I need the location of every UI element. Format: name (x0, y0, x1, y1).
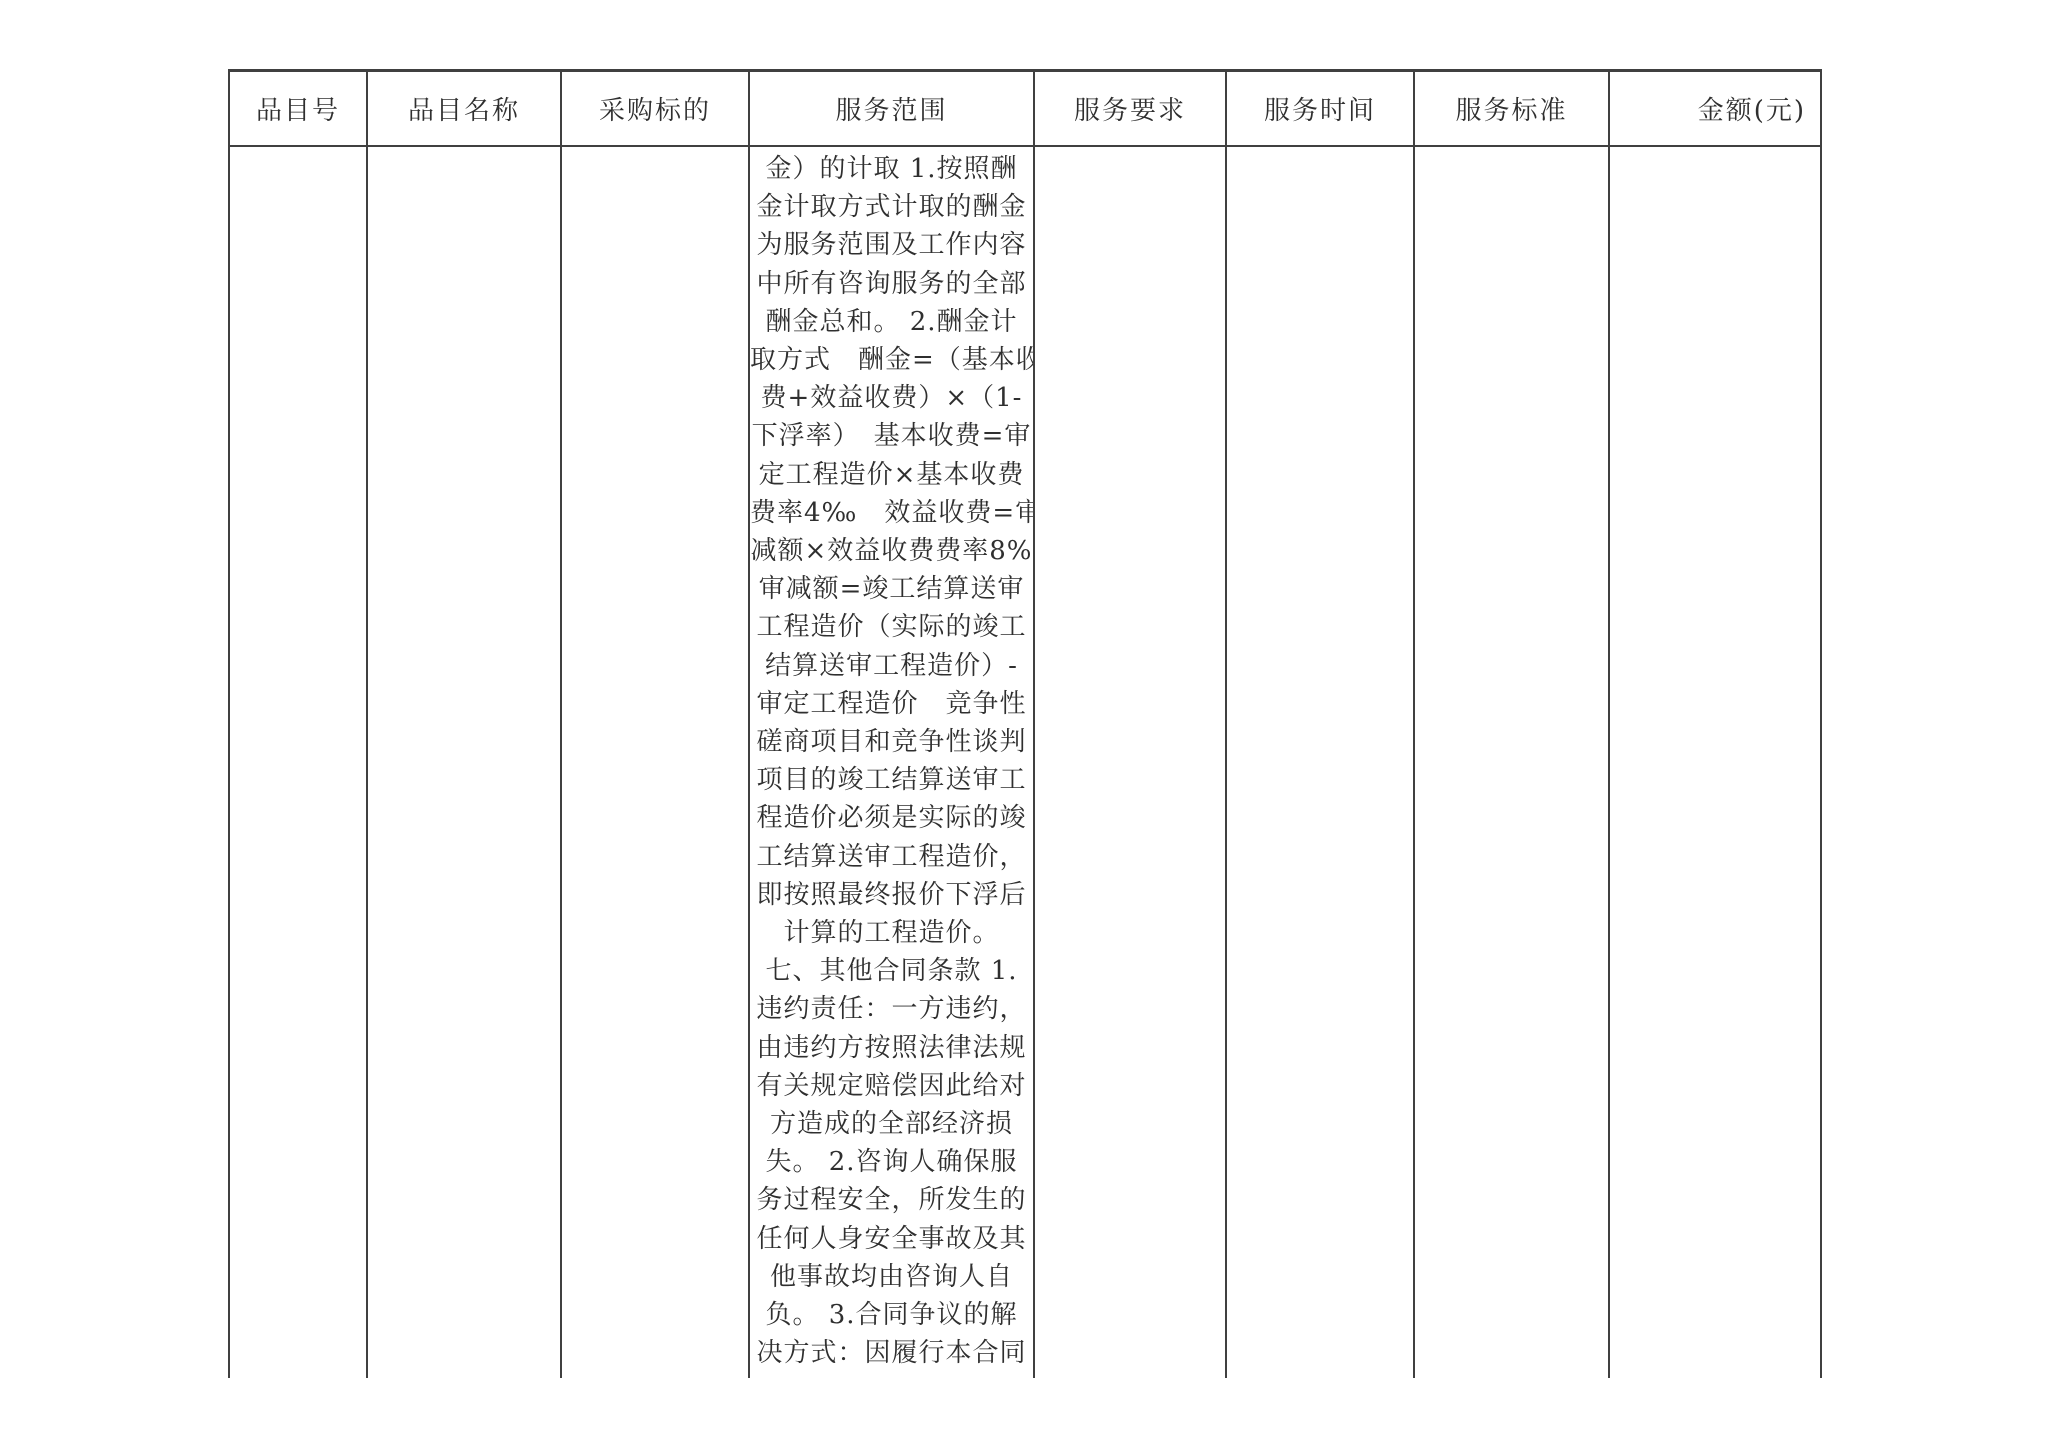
cell-service-requirements (1035, 147, 1227, 1378)
scope-line: 违约责任：一方违约， (750, 990, 1033, 1028)
scope-line: 金计取方式计取的酬金 (750, 188, 1033, 226)
scope-line: 费率4‰ 效益收费=审 (750, 494, 1033, 532)
header-item-no: 品目号 (228, 69, 368, 147)
scope-line: 务过程安全，所发生的 (750, 1181, 1033, 1219)
scope-line: 由违约方按照法律法规 (750, 1029, 1033, 1067)
scope-line: 中所有咨询服务的全部 (750, 265, 1033, 303)
header-service-standard: 服务标准 (1415, 69, 1610, 147)
scope-line: 决方式：因履行本合同 (750, 1334, 1033, 1372)
header-amount-yuan: 金额(元) (1610, 69, 1822, 147)
scope-line: 磋商项目和竞争性谈判 (750, 723, 1033, 761)
cell-item-name (368, 147, 562, 1378)
scope-line: 他事故均由咨询人自 (750, 1258, 1033, 1296)
header-service-requirements: 服务要求 (1035, 69, 1227, 147)
scope-line: 费+效益收费）×（1- (750, 379, 1033, 417)
header-service-time: 服务时间 (1227, 69, 1415, 147)
scope-line: 失。 2.咨询人确保服 (750, 1143, 1033, 1181)
scope-line: 工程造价（实际的竣工 (750, 608, 1033, 646)
scope-line: 审减额=竣工结算送审 (750, 570, 1033, 608)
scope-line: 工结算送审工程造价， (750, 838, 1033, 876)
cell-amount-yuan (1610, 147, 1822, 1378)
procurement-items-table: 品目号 品目名称 采购标的 服务范围 服务要求 服务时间 服务标准 金额(元) … (228, 69, 1822, 1378)
scope-line: 计算的工程造价。 (750, 914, 1033, 952)
scope-line: 程造价必须是实际的竣 (750, 799, 1033, 837)
cell-procurement-target (562, 147, 750, 1378)
scope-line: 下浮率） 基本收费=审 (750, 417, 1033, 455)
cell-service-standard (1415, 147, 1610, 1378)
scope-line: 定工程造价×基本收费 (750, 456, 1033, 494)
header-procurement-target: 采购标的 (562, 69, 750, 147)
scope-line: 为服务范围及工作内容 (750, 226, 1033, 264)
service-scope-text: 金）的计取 1.按照酬金计取方式计取的酬金为服务范围及工作内容中所有咨询服务的全… (750, 147, 1033, 1373)
cell-service-time (1227, 147, 1415, 1378)
cell-item-no (228, 147, 368, 1378)
cell-service-scope: 金）的计取 1.按照酬金计取方式计取的酬金为服务范围及工作内容中所有咨询服务的全… (750, 147, 1035, 1378)
scope-line: 金）的计取 1.按照酬 (750, 150, 1033, 188)
scope-line: 取方式 酬金=（基本收 (750, 341, 1033, 379)
scope-line: 项目的竣工结算送审工 (750, 761, 1033, 799)
scope-line: 有关规定赔偿因此给对 (750, 1067, 1033, 1105)
scope-line: 酬金总和。 2.酬金计 (750, 303, 1033, 341)
scope-line: 任何人身安全事故及其 (750, 1220, 1033, 1258)
scope-line: 即按照最终报价下浮后 (750, 876, 1033, 914)
scope-line: 结算送审工程造价）- (750, 647, 1033, 685)
header-service-scope: 服务范围 (750, 69, 1035, 147)
scope-line: 审定工程造价 竞争性 (750, 685, 1033, 723)
scope-line: 减额×效益收费费率8% (750, 532, 1033, 570)
header-item-name: 品目名称 (368, 69, 562, 147)
scope-line: 负。 3.合同争议的解 (750, 1296, 1033, 1334)
scope-line: 七、其他合同条款 1. (750, 952, 1033, 990)
scope-line: 方造成的全部经济损 (750, 1105, 1033, 1143)
